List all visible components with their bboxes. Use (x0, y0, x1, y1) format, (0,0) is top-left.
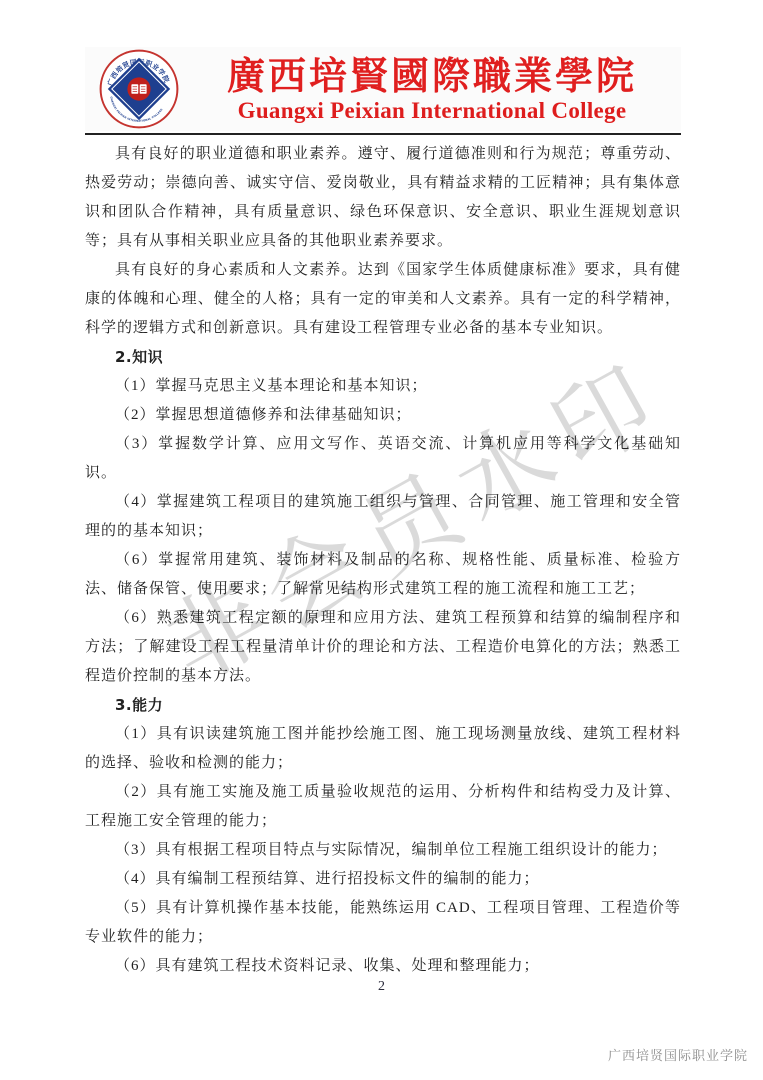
paragraph: （6）具有建筑工程技术资料记录、收集、处理和整理能力； (85, 952, 681, 981)
paragraph: （2）掌握思想道德修养和法律基础知识； (85, 401, 681, 430)
section-heading: 3.能力 (85, 691, 681, 720)
letterhead-titles: 廣西培賢國際職業學院 Guangxi Peixian International… (189, 54, 675, 124)
paragraph: （3）具有根据工程项目特点与实际情况，编制单位工程施工组织设计的能力； (85, 836, 681, 865)
paragraph: （3）掌握数学计算、应用文写作、英语交流、计算机应用等科学文化基础知识。 (85, 430, 681, 488)
document-body: 具有良好的职业道德和职业素养。遵守、履行道德准则和行为规范；尊重劳动、热爱劳动；… (85, 140, 681, 981)
college-name-en: Guangxi Peixian International College (189, 98, 675, 124)
section-heading: 2.知识 (85, 343, 681, 372)
paragraph: （5）具有计算机操作基本技能，能熟练运用 CAD、工程项目管理、工程造价等专业软… (85, 894, 681, 952)
paragraph: （6）熟悉建筑工程定额的原理和应用方法、建筑工程预算和结算的编制程序和方法；了解… (85, 604, 681, 691)
paragraph: （1）掌握马克思主义基本理论和基本知识； (85, 372, 681, 401)
seal-center-disc (127, 77, 150, 100)
paragraph: （6）掌握常用建筑、装饰材料及制品的名称、规格性能、质量标准、检验方法、储备保管… (85, 546, 681, 604)
paragraph: （4）具有编制工程预结算、进行招投标文件的编制的能力； (85, 865, 681, 894)
page-number: 2 (0, 979, 763, 995)
paragraph: 具有良好的身心素质和人文素养。达到《国家学生体质健康标准》要求，具有健康的体魄和… (85, 256, 681, 343)
corner-watermark: 广西培贤国际职业学院 (608, 1045, 748, 1064)
paragraph: 具有良好的职业道德和职业素养。遵守、履行道德准则和行为规范；尊重劳动、热爱劳动；… (85, 140, 681, 256)
document-page: 非会员水印 广西培贤国际职业学院 GUANGXI PEIXIAN INTERNA… (0, 0, 763, 1080)
page-content: 广西培贤国际职业学院 GUANGXI PEIXIAN INTERNATIONAL… (85, 47, 681, 981)
paragraph: （4）掌握建筑工程项目的建筑施工组织与管理、合同管理、施工管理和安全管理的的基本… (85, 488, 681, 546)
college-seal-logo: 广西培贤国际职业学院 GUANGXI PEIXIAN INTERNATIONAL… (99, 49, 179, 129)
college-letterhead: 广西培贤国际职业学院 GUANGXI PEIXIAN INTERNATIONAL… (85, 47, 681, 131)
paragraph: （2）具有施工实施及施工质量验收规范的运用、分析构件和结构受力及计算、工程施工安… (85, 778, 681, 836)
college-name-zh: 廣西培賢國際職業學院 (189, 54, 675, 98)
header-divider (85, 133, 681, 135)
paragraph: （1）具有识读建筑施工图并能抄绘施工图、施工现场测量放线、建筑工程材料的选择、验… (85, 720, 681, 778)
